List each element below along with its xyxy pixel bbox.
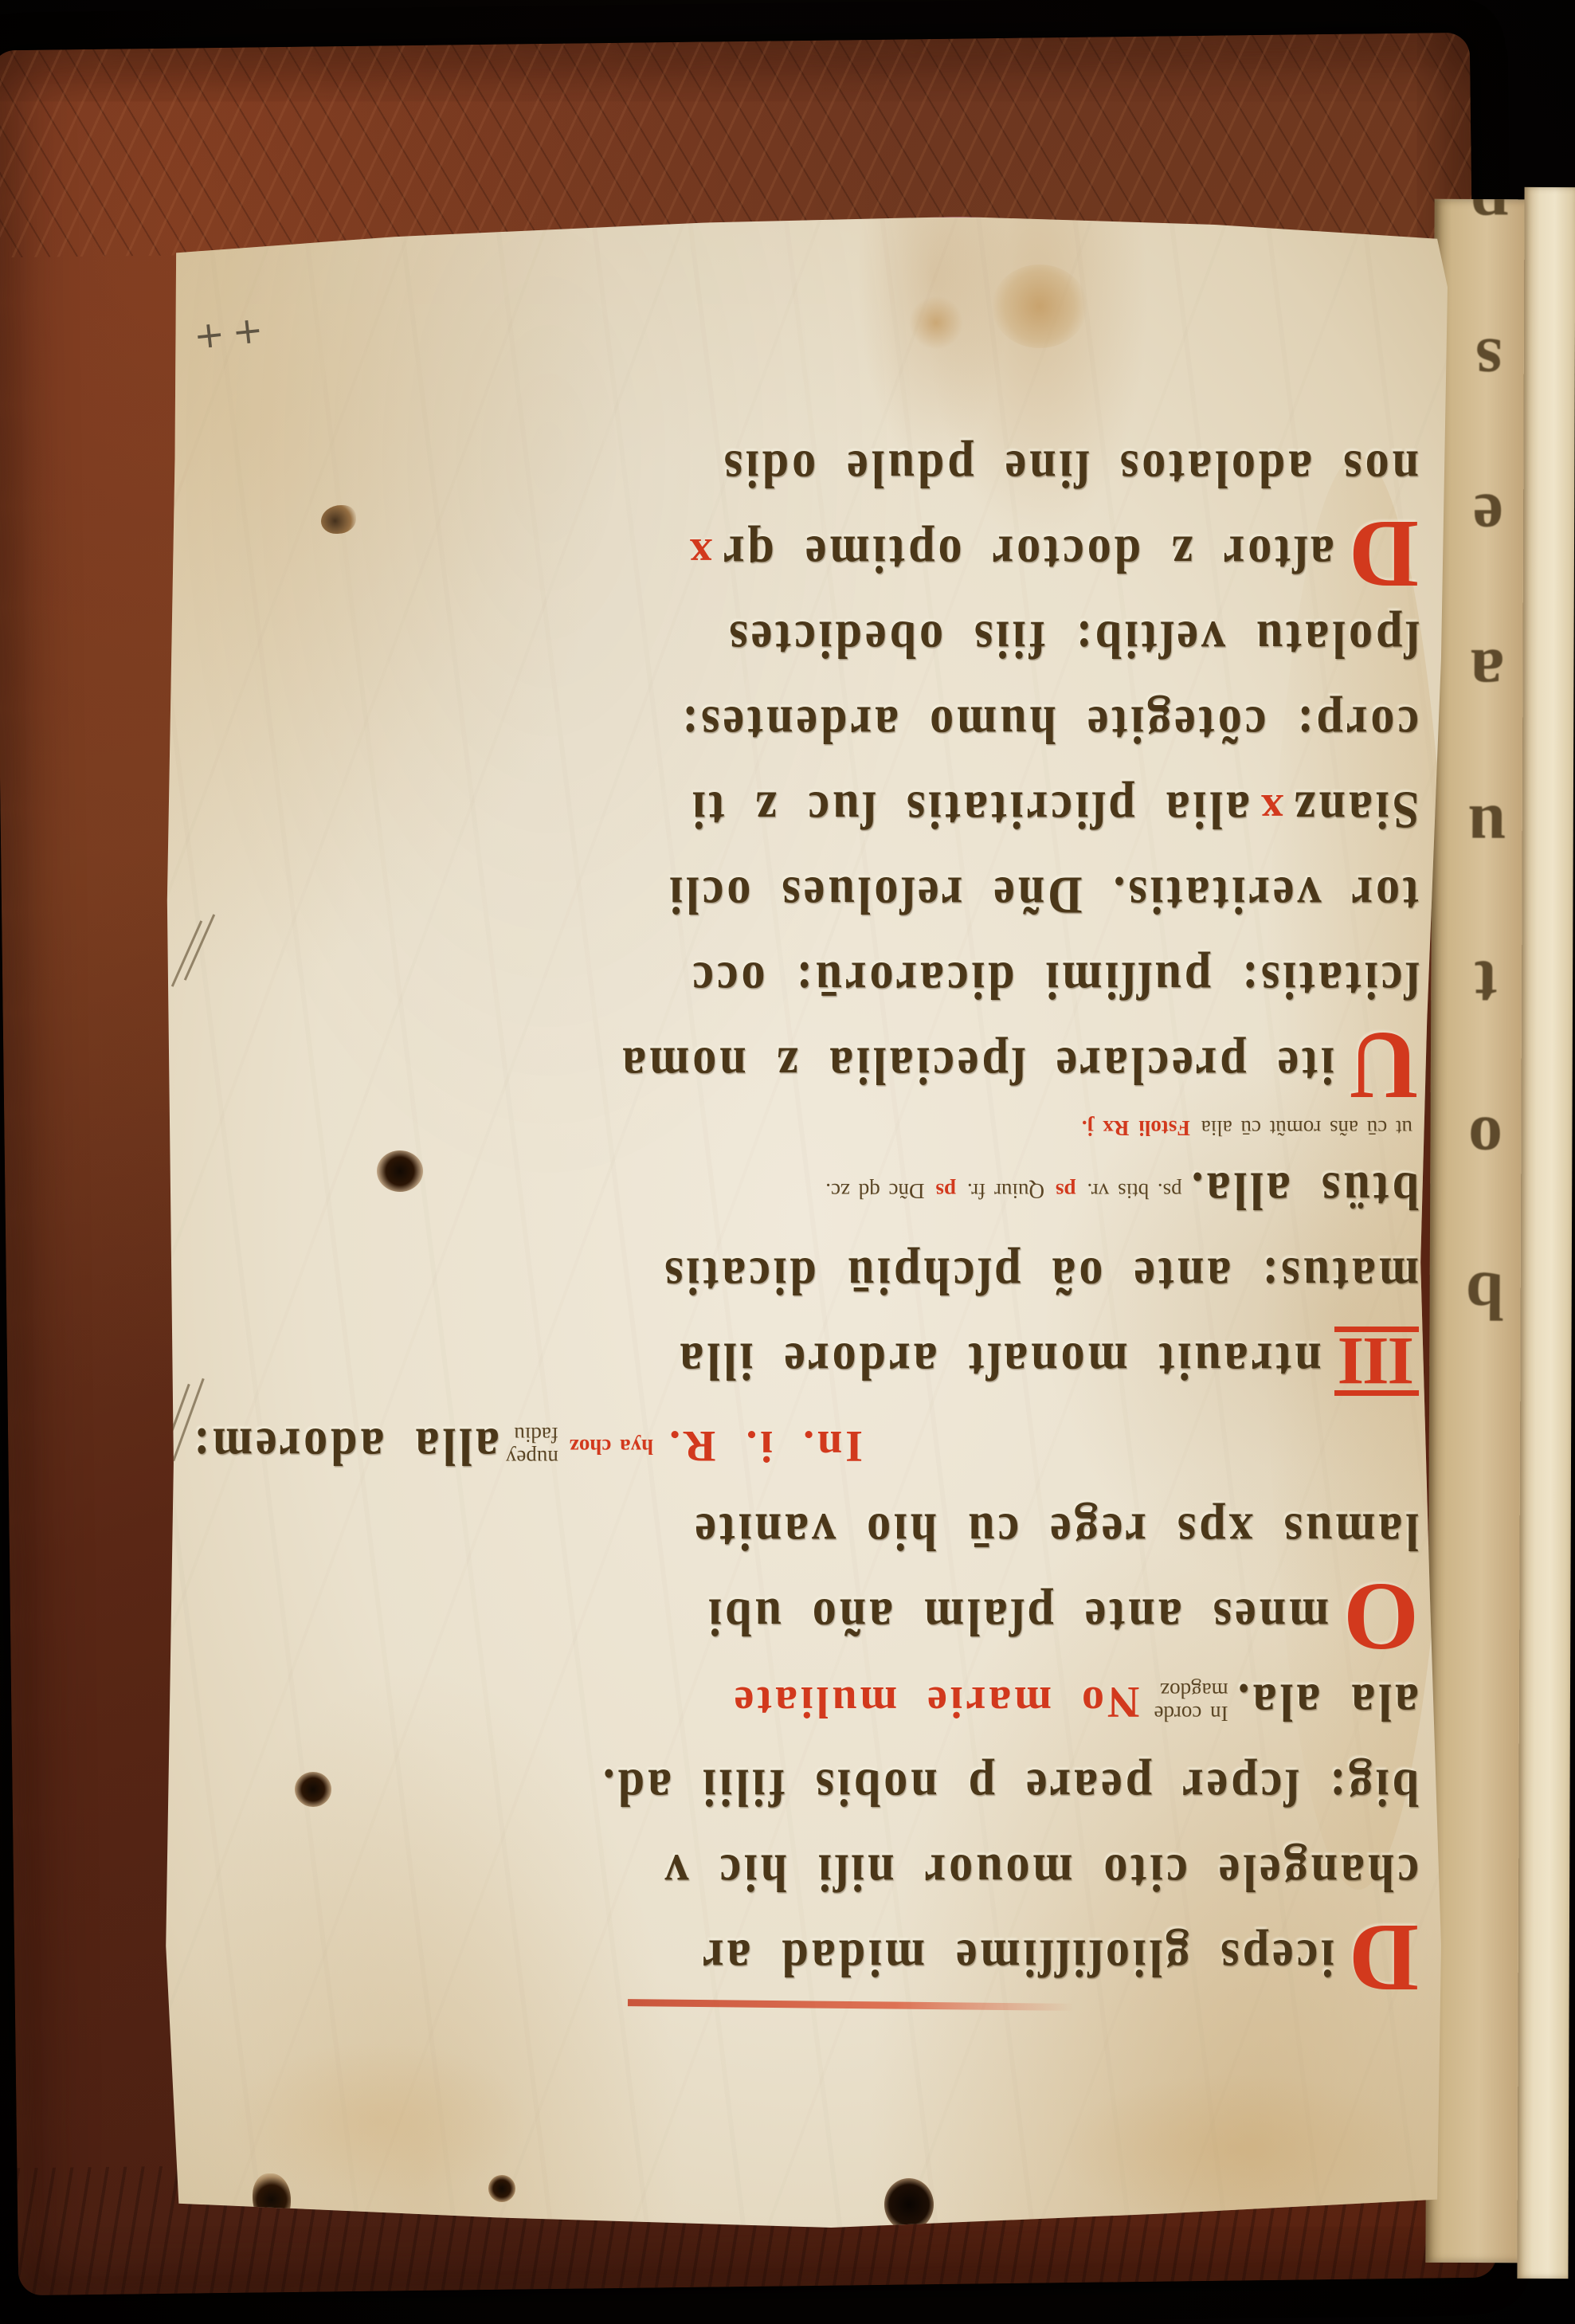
edge-glyph-fragment: p <box>1471 199 1509 237</box>
text-segment-ink: ite preclare ſpecialia z noma <box>619 1035 1334 1096</box>
text-segment-ink-big: btüs alla. <box>1189 1160 1419 1221</box>
burn-hole <box>295 1772 331 1807</box>
text-line-10b: ut cū añs romũt cū alia FstoliRx j. <box>190 1108 1419 1148</box>
text-segment-small: ut cū añs romũt cū alia <box>1201 1117 1412 1139</box>
text-segment-ink-big: ala ala. <box>1235 1671 1419 1733</box>
text-segment-ink: corp: cõtegite humo ardentes: <box>679 694 1419 755</box>
text-segment-ink: lamus xps rege cū hio vanite <box>692 1501 1419 1562</box>
text-line-11: Uite preclare ſpecialia z noma <box>190 1023 1419 1108</box>
burn-hole <box>488 2175 515 2202</box>
edge-glyph-fragment: u <box>1467 798 1506 860</box>
text-segment-small: Dñc qd zc. <box>825 1179 924 1201</box>
edge-glyph-fragment: e <box>1473 487 1504 549</box>
fore-edge-glyph-fragments: botuaesp <box>1456 199 1517 1327</box>
text-line-10: btüs alla. ps. btis vr. psQuiur fr. psDñ… <box>190 1148 1419 1233</box>
text-segment-ink: mnes ante pſalm año ubi <box>705 1586 1329 1648</box>
text-segment-ink: changele cito mouor niſi hic v <box>661 1842 1419 1903</box>
text-segment-small-red: ps <box>1056 1179 1076 1201</box>
text-line-4: ala ala. In corde magdozNo marie muliate <box>190 1660 1419 1745</box>
text-segment-small: In corde magdoz <box>1154 1679 1228 1725</box>
text-segment-ink: nos adolatos ſine pdule odis <box>721 438 1419 500</box>
text-segment-initial: D <box>1346 518 1419 591</box>
text-line-1: Diceps glioſiſſime midad ar <box>190 1915 1419 2001</box>
text-segment-ink: big: ſcper peare p nobis filii ad. <box>600 1757 1419 1818</box>
text-line-14: Sianzxalia pſicritatis ſuc z ti <box>190 767 1419 852</box>
fore-edge-outer-leaf <box>1517 187 1575 2279</box>
text-segment-small: ps. btis vr. <box>1087 1179 1182 1201</box>
text-line-2: changele cito mouor niſi hic v <box>190 1830 1419 1915</box>
text-segment-red-num: III <box>1334 1327 1419 1396</box>
manuscript-text-block: Diceps glioſiſſime midad archangele cito… <box>190 410 1419 2001</box>
text-segment-red: x <box>1258 785 1283 836</box>
text-segment-small-red: Fstoli <box>1138 1117 1190 1139</box>
text-line-6: lamus xps rege cū hio vanite <box>190 1489 1419 1574</box>
edge-glyph-fragment: b <box>1466 1265 1504 1327</box>
text-segment-ink: iceps glioſiſſime midad ar <box>699 1927 1334 1989</box>
text-line-13: tor veritatis. Dñe reſolues ocli <box>190 852 1419 938</box>
text-segment-small: nupey fadiu <box>506 1424 558 1469</box>
text-line-16: ſpolatu veſtib: fiis obedictes <box>190 597 1419 682</box>
text-segment-small-red: hya choz <box>570 1435 653 1457</box>
text-line-5: Omnes ante pſalm año ubi <box>190 1574 1419 1660</box>
text-segment-ink: ſcitatis: puſſimi dicarorū: occ <box>689 950 1419 1011</box>
text-segment-small-red: Rx j. <box>1082 1117 1130 1139</box>
text-segment-initial: U <box>1346 1029 1419 1103</box>
text-segment-red: No marie muliate <box>731 1677 1140 1728</box>
text-line-9: matus: ante oã pſchpiū dicatis <box>190 1233 1419 1319</box>
text-segment-initial: D <box>1346 1922 1419 1995</box>
text-line-12: ſcitatis: puſſimi dicarorū: occ <box>190 938 1419 1023</box>
text-line-18: nos adolatos ſine pdule odis <box>190 426 1419 511</box>
parchment-page: ++ Diceps glioſiſſime midad archangele c… <box>163 217 1448 2228</box>
text-segment-initial: O <box>1340 1581 1419 1654</box>
pen-inscription-marks: ++ <box>191 307 272 358</box>
text-segment-ink: ntrauit monaſt ardore illa <box>676 1331 1321 1392</box>
text-segment-ink: Sianz <box>1291 779 1419 841</box>
text-segment-ink: matus: ante oã pſchpiū dicatis <box>661 1245 1419 1307</box>
burn-hole <box>884 2178 934 2231</box>
text-segment-red: x <box>687 529 712 580</box>
edge-glyph-fragment: o <box>1468 1109 1503 1171</box>
edge-glyph-fragment: a <box>1470 642 1504 704</box>
text-segment-ink: aſtor z doctor optime qr <box>720 523 1334 585</box>
manuscript-photo-background: botuaesp ++ Diceps glioſiſſime midad arc… <box>0 0 1575 2324</box>
text-segment-red: In. i. R. <box>666 1421 863 1472</box>
text-line-8: IIIntrauit monaſt ardore illa <box>190 1319 1419 1404</box>
text-segment-ink: alla adorem: <box>190 1416 500 1477</box>
text-segment-small-red: ps <box>936 1179 957 1201</box>
text-segment-small: Quiur fr. <box>967 1179 1044 1201</box>
text-segment-ink: ſpolatu veſtib: fiis obedictes <box>726 609 1419 670</box>
text-segment-ink: tor veritatis. Dñe reſolues ocli <box>666 864 1419 926</box>
text-line-7: In. i. R.hya choznupey fadiualla adorem: <box>190 1404 1419 1489</box>
edge-glyph-fragment: s <box>1475 331 1503 393</box>
text-segment-ink: alia pſicritatis ſuc z ti <box>689 779 1250 841</box>
edge-glyph-fragment: t <box>1475 954 1498 1016</box>
text-line-17: Daſtor z doctor optime qrx <box>190 511 1419 597</box>
text-line-3: big: ſcper peare p nobis filii ad. <box>190 1745 1419 1830</box>
burn-hole <box>377 1150 423 1192</box>
text-line-15: corp: cõtegite humo ardentes: <box>190 682 1419 767</box>
